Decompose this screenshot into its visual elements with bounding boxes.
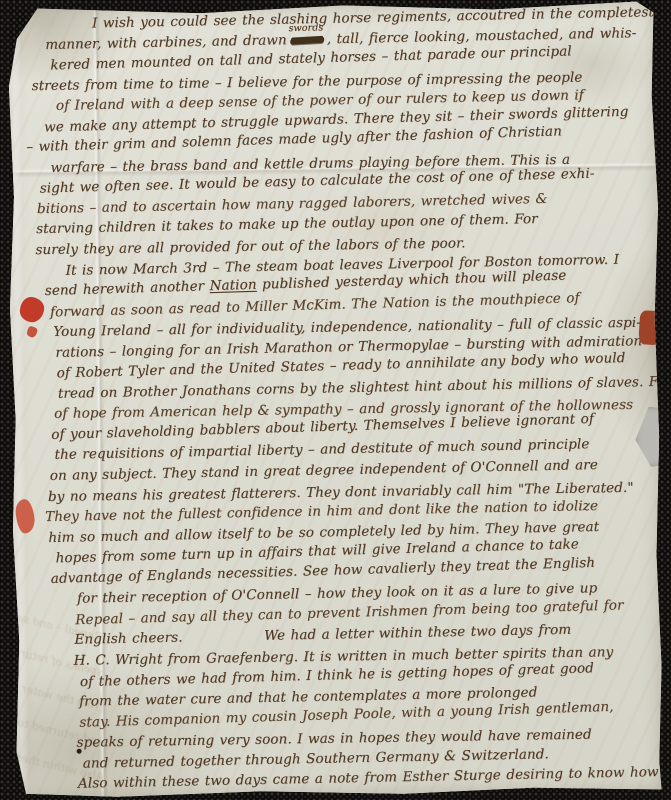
wax-seal-stain-right xyxy=(638,310,662,345)
bleed-line: Also within these two days came a note f… xyxy=(17,751,106,784)
struck-out-word xyxy=(290,36,324,44)
ink-blot-dot xyxy=(77,749,82,754)
underlined-word: Nation xyxy=(209,277,256,294)
ink-bleed-through: Repeal – and say all they can to prevent… xyxy=(15,598,105,795)
manuscript-paper: I wish you could see the slashing horse … xyxy=(5,1,664,800)
bleed-line: from the water cure and that he contempl… xyxy=(16,681,105,714)
line-text: manner, with carbines, and drawn xyxy=(45,32,287,53)
manuscript-scan: I wish you could see the slashing horse … xyxy=(0,0,671,800)
inserted-word: swords xyxy=(288,22,323,34)
correction-group: swords xyxy=(287,31,327,48)
bleed-line: speaks of returning very soon. I was in … xyxy=(15,646,104,679)
line-text: send herewith another xyxy=(45,278,210,299)
bleed-line: and returned together through Southern G… xyxy=(16,716,105,749)
bleed-line: Repeal – and say all they can to prevent… xyxy=(15,611,104,644)
